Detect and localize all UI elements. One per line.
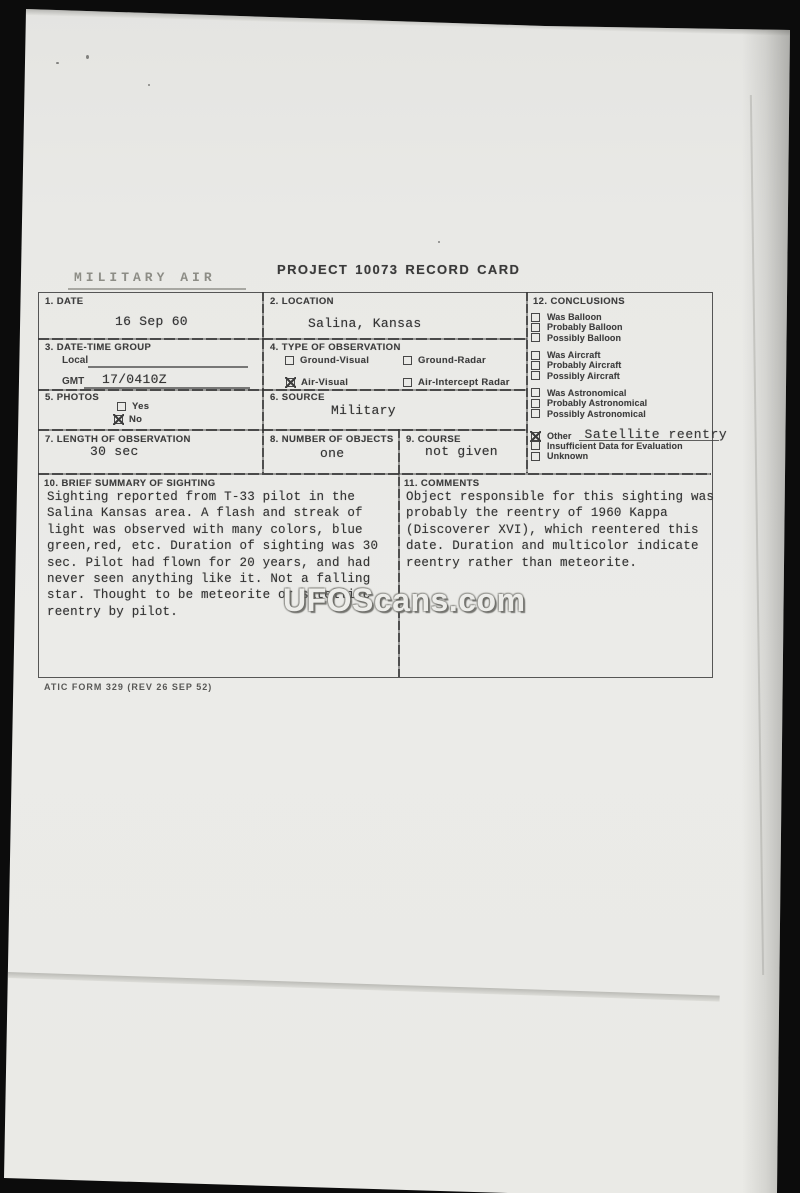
grid-line	[38, 429, 527, 431]
record-card: MILITARY AIR PROJECT 10073 RECORD CARD 1…	[0, 0, 800, 1193]
option-label: Yes	[132, 401, 149, 412]
location-label: 2. LOCATION	[270, 296, 334, 307]
option-air-visual: Air-Visual	[286, 377, 348, 388]
conclusion-item: Possibly Astronomical	[531, 408, 712, 418]
conclusion-item: Insufficient Data for Evaluation	[531, 441, 712, 451]
conclusion-item: Possibly Balloon	[531, 333, 712, 343]
comments-text: Object responsible for this sighting was…	[406, 489, 716, 571]
source-value: Military	[331, 403, 396, 418]
checkbox-icon	[531, 323, 540, 332]
conclusion-label: Was Aircraft	[547, 350, 601, 360]
date-label: 1. DATE	[45, 296, 84, 307]
conclusion-item-other: Other Satellite reentry	[531, 426, 712, 441]
checkbox-icon	[531, 333, 540, 342]
date-value: 16 Sep 60	[115, 314, 188, 329]
checkbox-icon	[285, 356, 294, 365]
conclusion-item: Probably Aircraft	[531, 360, 712, 370]
type-of-observation-label: 4. TYPE OF OBSERVATION	[270, 342, 401, 353]
conclusion-label: Possibly Astronomical	[547, 409, 646, 419]
checkbox-icon	[531, 388, 540, 397]
stamp-underline	[68, 288, 246, 290]
grid-line	[526, 292, 528, 473]
checkbox-icon	[531, 432, 540, 441]
grid-line	[38, 389, 527, 391]
length-of-observation-value: 30 sec	[90, 444, 139, 459]
option-label: Air-Visual	[301, 377, 348, 388]
conclusion-item: Probably Astronomical	[531, 398, 712, 408]
option-ground-radar: Ground-Radar	[403, 355, 486, 366]
conclusion-label: Possibly Balloon	[547, 333, 621, 343]
grid-line	[38, 473, 711, 475]
checkbox-icon	[531, 441, 540, 450]
conclusion-item: Possibly Aircraft	[531, 370, 712, 380]
military-air-stamp: MILITARY AIR	[74, 270, 216, 285]
conclusions-list: Was Balloon Probably Balloon Possibly Ba…	[531, 312, 712, 461]
option-air-intercept-radar: Air-Intercept Radar	[403, 377, 510, 388]
conclusion-item: Was Balloon	[531, 312, 712, 322]
grid-line	[398, 429, 400, 677]
comments-label: 11. COMMENTS	[404, 478, 480, 489]
option-photos-no: No	[114, 414, 142, 425]
photo-paper: MILITARY AIR PROJECT 10073 RECORD CARD 1…	[0, 0, 800, 1193]
conclusion-label: Insufficient Data for Evaluation	[547, 441, 683, 451]
local-blank-line	[88, 366, 248, 368]
checkbox-icon	[403, 378, 412, 387]
source-label: 6. SOURCE	[270, 392, 325, 403]
checkbox-icon	[531, 409, 540, 418]
conclusion-label: Other	[547, 431, 572, 441]
conclusion-label: Was Balloon	[547, 312, 602, 322]
gmt-value: 17/0410Z	[102, 372, 167, 387]
conclusion-item: Unknown	[531, 451, 712, 461]
checkbox-icon	[531, 452, 540, 461]
conclusion-label: Was Astronomical	[547, 388, 626, 398]
checkbox-icon	[286, 378, 295, 387]
checkbox-icon	[531, 351, 540, 360]
location-value: Salina, Kansas	[308, 316, 421, 331]
gmt-blank-line	[84, 387, 250, 389]
form-number: ATIC FORM 329 (REV 26 SEP 52)	[44, 682, 212, 692]
scanned-page: MILITARY AIR PROJECT 10073 RECORD CARD 1…	[0, 0, 800, 1193]
local-label: Local	[62, 355, 88, 366]
conclusion-label: Probably Aircraft	[547, 360, 621, 370]
option-photos-yes: Yes	[117, 401, 149, 412]
photos-label: 5. PHOTOS	[45, 392, 99, 403]
checkbox-icon	[531, 361, 540, 370]
date-time-group-label: 3. DATE-TIME GROUP	[45, 342, 151, 353]
other-blank-line: Satellite reentry	[579, 427, 719, 441]
other-value: Satellite reentry	[585, 427, 728, 442]
course-value: not given	[425, 444, 498, 459]
checkbox-icon	[531, 399, 540, 408]
conclusion-item: Was Aircraft	[531, 350, 712, 360]
number-of-objects-label: 8. NUMBER OF OBJECTS	[270, 434, 394, 445]
conclusion-item: Was Astronomical	[531, 388, 712, 398]
checkbox-icon	[117, 402, 126, 411]
conclusion-label: Possibly Aircraft	[547, 371, 620, 381]
checkbox-icon	[403, 356, 412, 365]
number-of-objects-value: one	[320, 446, 344, 461]
checkbox-icon	[531, 371, 540, 380]
grid-line	[38, 338, 527, 340]
checkbox-icon	[114, 415, 123, 424]
card-title: PROJECT 10073 RECORD CARD	[277, 262, 520, 277]
option-ground-visual: Ground-Visual	[285, 355, 369, 366]
option-label: Ground-Radar	[418, 355, 486, 366]
option-label: Air-Intercept Radar	[418, 377, 510, 388]
checkbox-icon	[531, 313, 540, 322]
conclusion-label: Probably Balloon	[547, 322, 623, 332]
conclusion-label: Unknown	[547, 451, 588, 461]
option-label: Ground-Visual	[300, 355, 369, 366]
watermark: UFOScans.com	[283, 582, 526, 619]
option-label: No	[129, 414, 142, 425]
conclusion-label: Probably Astronomical	[547, 398, 647, 408]
brief-summary-label: 10. BRIEF SUMMARY OF SIGHTING	[44, 478, 216, 489]
conclusions-label: 12. CONCLUSIONS	[533, 296, 625, 307]
grid-line	[262, 292, 264, 473]
gmt-label: GMT	[62, 376, 84, 387]
conclusion-item: Probably Balloon	[531, 322, 712, 332]
